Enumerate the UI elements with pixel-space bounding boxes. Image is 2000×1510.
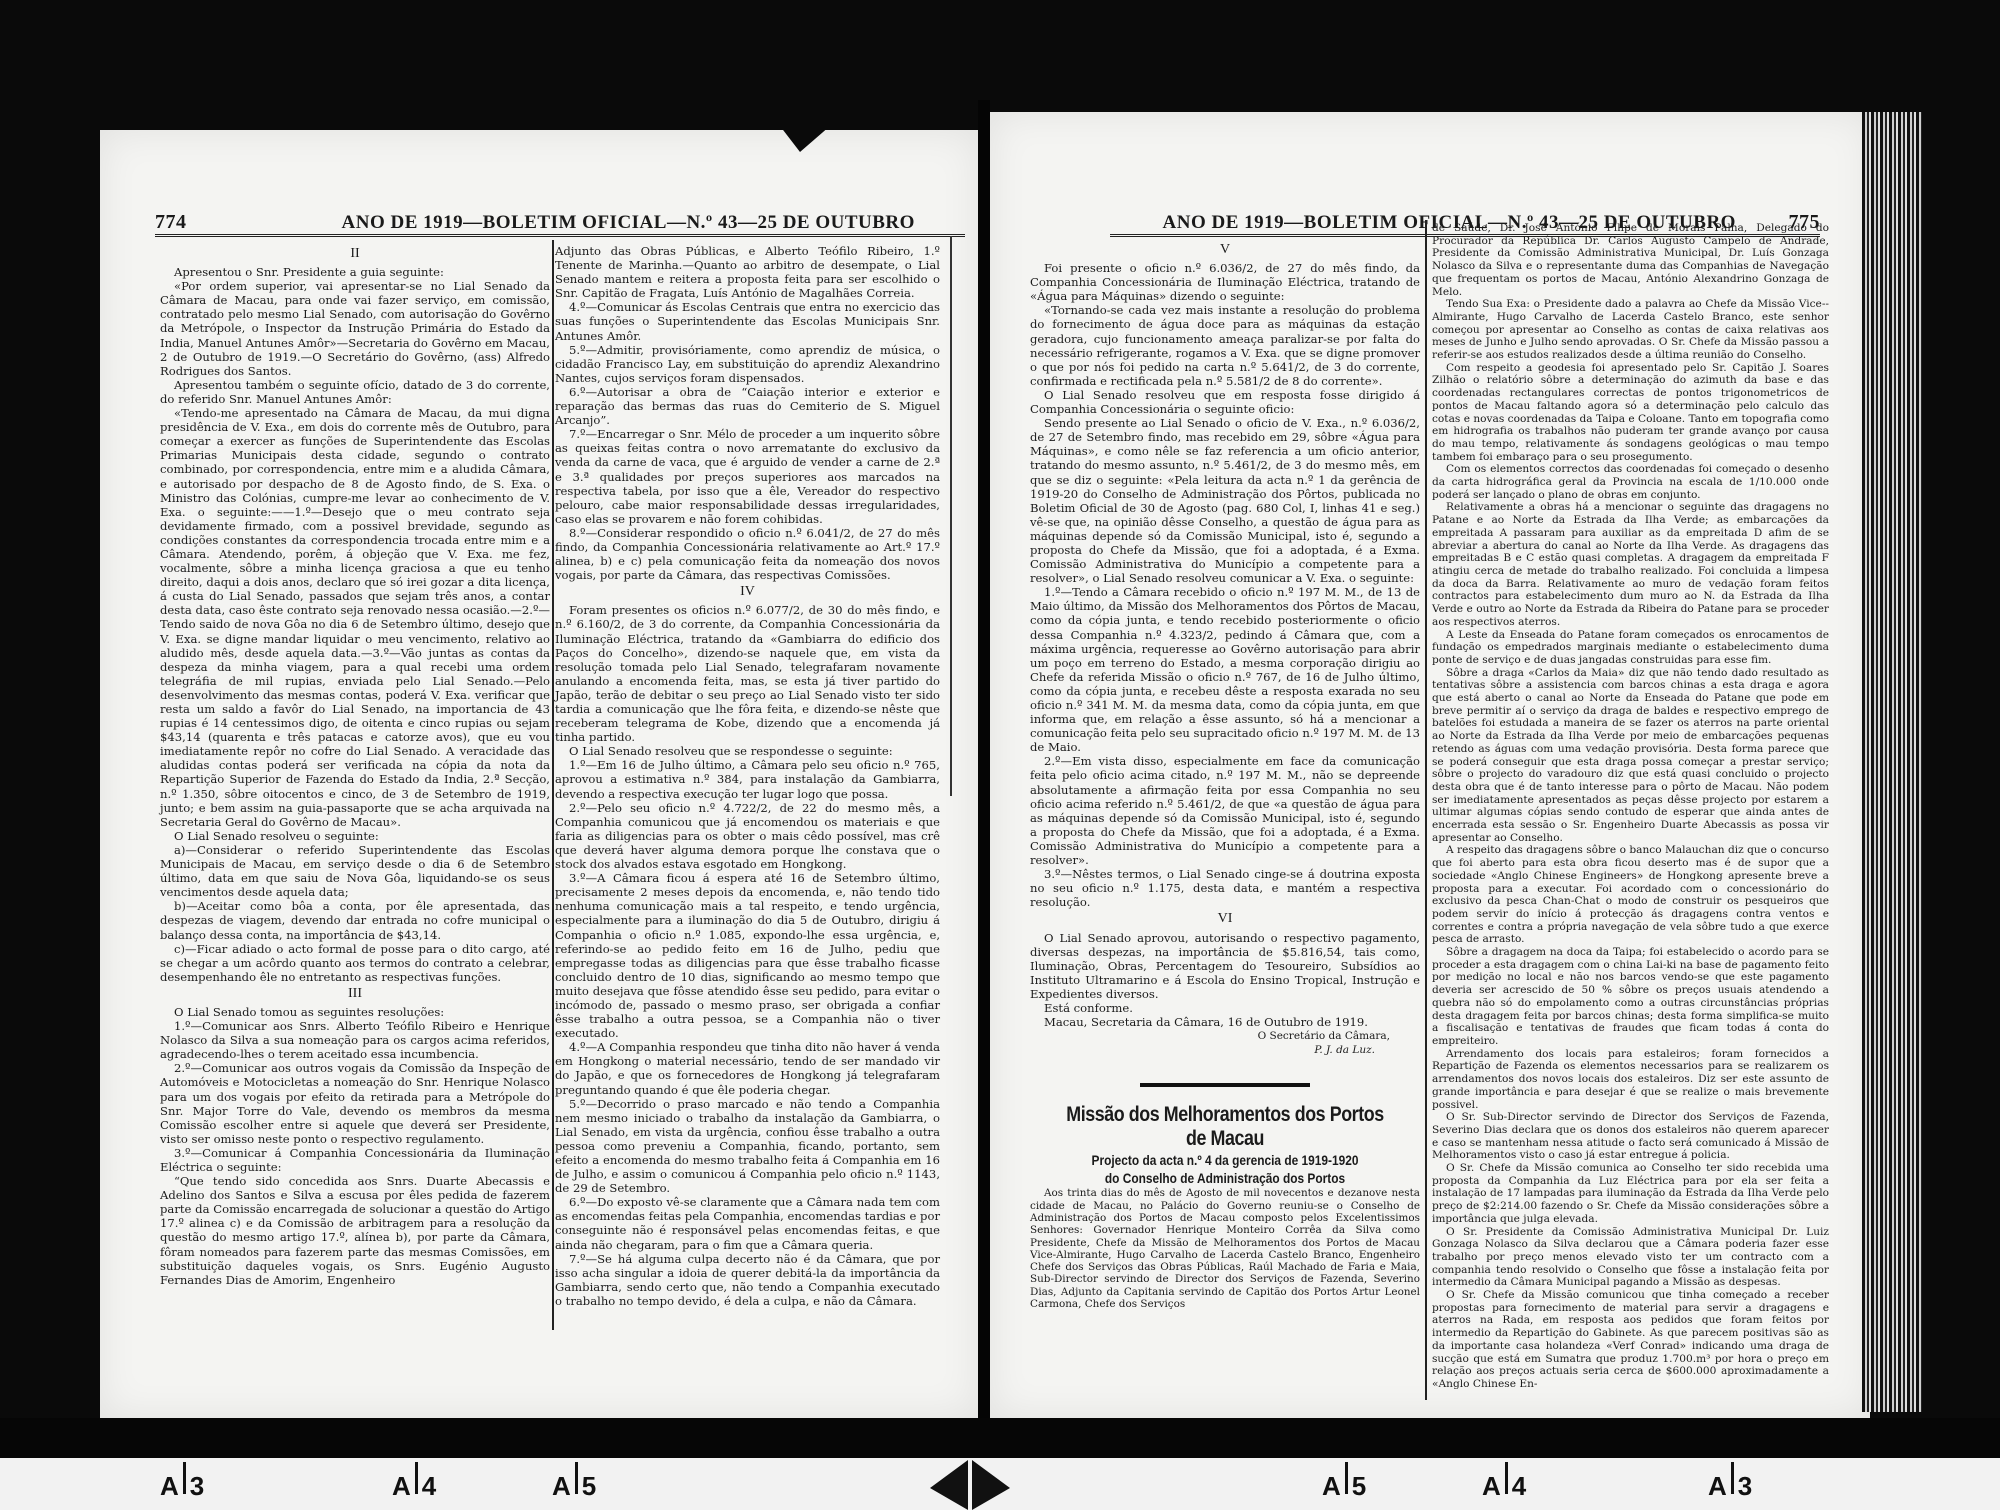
marker-number: 3 <box>190 1471 204 1502</box>
marker-bar <box>1345 1462 1348 1494</box>
paragraph: Foi presente o oficio n.º 6.036/2, de 27… <box>1030 261 1420 303</box>
right-column-rule <box>1425 220 1427 1400</box>
paragraph: 5.º—Decorrido o praso marcado e não tend… <box>555 1097 940 1196</box>
paragraph: Foram presentes os oficios n.º 6.077/2, … <box>555 603 940 744</box>
paragraph: Apresentou o Snr. Presidente a guia segu… <box>160 265 550 279</box>
paragraph: 3.º—Comunicar á Companhia Concessionária… <box>160 1146 550 1174</box>
paragraph: O Sr. Chefe da Missão comunica ao Consel… <box>1432 1162 1829 1226</box>
paragraph: O Lial Senado resolveu que se respondess… <box>555 744 940 758</box>
marker-letter: A <box>1708 1471 1727 1502</box>
article-subtitle-2: do Conselho de Administração dos Portos <box>1059 1169 1391 1187</box>
paragraph: O Sr. Sub-Director servindo de Director … <box>1432 1111 1829 1162</box>
left-page-number: 774 <box>155 211 187 234</box>
paragraph: “Que tendo sido concedida aos Snrs. Duar… <box>160 1174 550 1287</box>
marker-letter: A <box>160 1471 179 1502</box>
paragraph: 3.º—A Câmara ficou á espera até 16 de Se… <box>555 871 940 1040</box>
left-page-column-1: IIApresentou o Snr. Presidente a guia se… <box>160 244 550 1349</box>
paragraph: de Saúde, Dr. José António Filipe de Mor… <box>1432 222 1829 298</box>
paragraph: 8.º—Considerar respondido o oficio n.º 6… <box>555 526 940 582</box>
paragraph: Macau, Secretaria da Câmara, 16 de Outub… <box>1030 1015 1420 1029</box>
paragraph: b)—Aceitar como bôa a conta, por êle apr… <box>160 899 550 941</box>
paragraph: Adjunto das Obras Públicas, e Alberto Te… <box>555 244 940 300</box>
paragraph: 1.º—Em 16 de Julho último, a Câmara pelo… <box>555 758 940 800</box>
section-heading: II <box>160 247 550 261</box>
film-marker: A5 <box>552 1470 596 1502</box>
article-subtitle-1: Projecto da acta n.º 4 da gerencia de 19… <box>1059 1151 1391 1169</box>
right-page-column-1: VFoi presente o oficio n.º 6.036/2, de 2… <box>1030 240 1420 1400</box>
marker-number: 4 <box>1512 1471 1526 1502</box>
paragraph: 2.º—Comunicar aos outros vogais da Comis… <box>160 1061 550 1146</box>
marker-bar <box>1505 1462 1508 1494</box>
film-marker: A3 <box>160 1470 204 1502</box>
section-heading: III <box>160 987 550 1001</box>
paragraph: Relativamente a obras há a mencionar o s… <box>1432 501 1829 628</box>
paragraph: Sôbre a dragagem na doca da Taipa; foi e… <box>1432 946 1829 1048</box>
bottom-shadow-strip <box>0 1418 2000 1458</box>
left-page-right-rule <box>950 236 952 796</box>
paragraph: c)—Ficar adiado o acto formal de posse p… <box>160 942 550 984</box>
paragraph: 6.º—Autorisar a obra de “Caiação interio… <box>555 385 940 427</box>
paragraph: Está conforme. <box>1030 1001 1420 1015</box>
marker-letter: A <box>552 1471 571 1502</box>
paragraph: Arrendamento dos locais para estaleiros;… <box>1432 1048 1829 1112</box>
marker-bar <box>415 1462 418 1494</box>
paragraph: Apresentou também o seguinte ofício, dat… <box>160 378 550 406</box>
paragraph: A respeito das dragagens sôbre o banco M… <box>1432 844 1829 946</box>
marker-letter: A <box>392 1471 411 1502</box>
marker-number: 4 <box>422 1471 436 1502</box>
paragraph: O Sr. Presidente da Comissão Administrat… <box>1432 1226 1829 1290</box>
paragraph: O Lial Senado resolveu que em resposta f… <box>1030 388 1420 416</box>
film-marker: A4 <box>392 1470 436 1502</box>
paragraph: Com os elementos correctos das coordenad… <box>1432 463 1829 501</box>
paragraph: 6.º—Do exposto vê-se claramente que a Câ… <box>555 1195 940 1251</box>
section-heading: VI <box>1030 912 1420 926</box>
film-marker: A5 <box>1322 1470 1366 1502</box>
paragraph: «Tornando-se cada vez mais instante a re… <box>1030 303 1420 388</box>
paragraph: O Sr. Chefe da Missão comunicou que tinh… <box>1432 1289 1829 1391</box>
paragraph: 1.º—Comunicar aos Snrs. Alberto Teófilo … <box>160 1019 550 1061</box>
paragraph: «Tendo-me apresentado na Câmara de Macau… <box>160 406 550 829</box>
page-corner-fold <box>780 126 830 152</box>
paragraph: 4.º—Comunicar ás Escolas Centrais que en… <box>555 300 940 342</box>
left-column-rule <box>552 240 554 1330</box>
left-running-head: 774 ANO DE 1919—BOLETIM OFICIAL—N.º 43—2… <box>155 205 965 237</box>
section-heading: IV <box>555 585 940 599</box>
film-center-marker-right <box>972 1460 1010 1510</box>
film-marker: A4 <box>1482 1470 1526 1502</box>
paragraph: O Lial Senado aprovou, autorisando o res… <box>1030 931 1420 1001</box>
paragraph: A Leste da Enseada do Patane foram começ… <box>1432 629 1829 667</box>
signature-title: O Secretário da Câmara, <box>1030 1029 1420 1043</box>
marker-bar <box>1731 1462 1734 1494</box>
article-title: Missão dos Melhoramentos dos Portos de M… <box>1059 1103 1391 1151</box>
signature-name: P. J. da Luz. <box>1030 1043 1420 1057</box>
marker-number: 5 <box>582 1471 596 1502</box>
paragraph: Tendo Sua Exa: o Presidente dado a palav… <box>1432 298 1829 362</box>
paragraph: a)—Considerar o referido Superintendente… <box>160 843 550 899</box>
paragraph: 2.º—Em vista disso, especialmente em fac… <box>1030 754 1420 867</box>
paragraph: 7.º—Encarregar o Snr. Mélo de proceder a… <box>555 427 940 526</box>
paragraph: Com respeito a geodesia foi apresentado … <box>1432 362 1829 464</box>
marker-bar <box>183 1462 186 1494</box>
left-page-column-2: Adjunto das Obras Públicas, e Alberto Te… <box>555 244 940 1334</box>
marker-letter: A <box>1482 1471 1501 1502</box>
section-heading: V <box>1030 243 1420 257</box>
left-running-title: ANO DE 1919—BOLETIM OFICIAL—N.º 43—25 DE… <box>187 212 966 234</box>
section-separator <box>1140 1083 1310 1087</box>
paragraph: Sendo presente ao Lial Senado o oficio d… <box>1030 416 1420 585</box>
right-page-column-2: de Saúde, Dr. José António Filipe de Mor… <box>1432 222 1829 1392</box>
marker-letter: A <box>1322 1471 1341 1502</box>
right-col1-body: VFoi presente o oficio n.º 6.036/2, de 2… <box>1030 243 1420 1029</box>
page-edge-stack <box>1862 112 1922 1412</box>
paragraph: 3.º—Nêstes termos, o Lial Senado cinge-s… <box>1030 867 1420 909</box>
paragraph: O Lial Senado tomou as seguintes resoluç… <box>160 1005 550 1019</box>
marker-number: 3 <box>1738 1471 1752 1502</box>
marker-bar <box>575 1462 578 1494</box>
paragraph: 5.º—Admitir, provisóriamente, como apren… <box>555 343 940 385</box>
article-intro: Aos trinta dias do mês de Agosto de mil … <box>1030 1187 1420 1310</box>
paragraph: 1.º—Tendo a Câmara recebido o oficio n.º… <box>1030 585 1420 754</box>
paragraph: 7.º—Se há alguma culpa decerto não é da … <box>555 1252 940 1308</box>
film-center-marker-left <box>930 1460 968 1510</box>
paragraph: O Lial Senado resolveu o seguinte: <box>160 829 550 843</box>
marker-number: 5 <box>1352 1471 1366 1502</box>
paragraph: Sôbre a draga «Carlos da Maia» diz que n… <box>1432 667 1829 845</box>
paragraph: 4.º—A Companhia respondeu que tinha dito… <box>555 1040 940 1096</box>
film-marker: A3 <box>1708 1470 1752 1502</box>
book-gutter <box>978 100 990 1420</box>
paragraph: «Por ordem superior, vai apresentar-se n… <box>160 279 550 378</box>
paragraph: 2.º—Pelo seu oficio n.º 4.722/2, de 22 d… <box>555 801 940 871</box>
